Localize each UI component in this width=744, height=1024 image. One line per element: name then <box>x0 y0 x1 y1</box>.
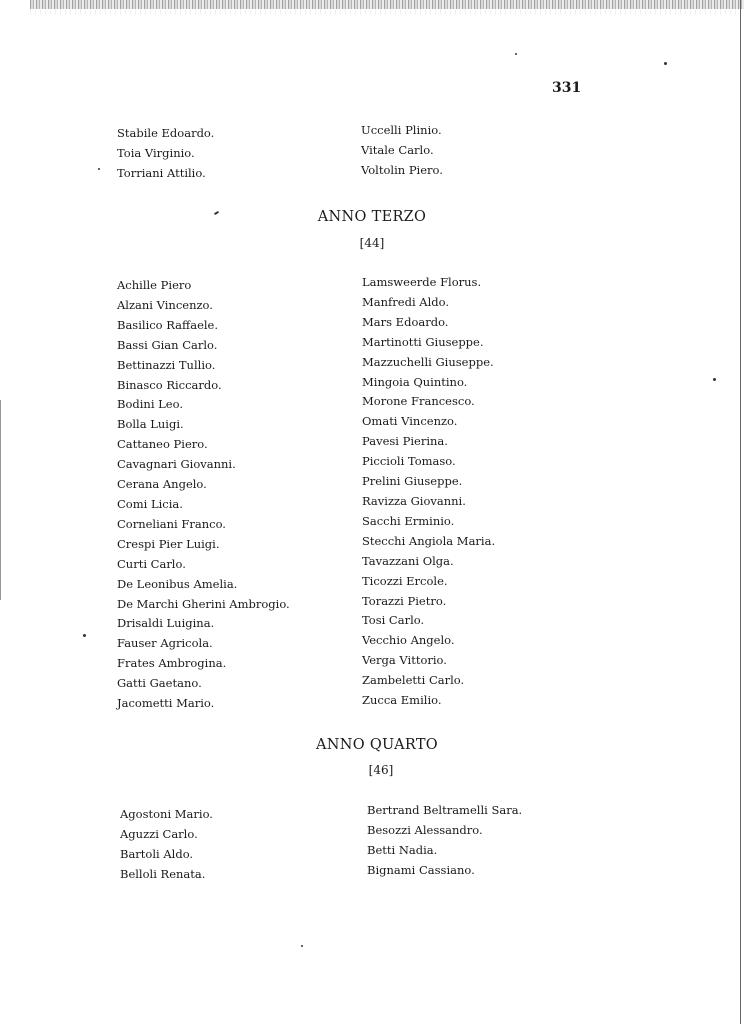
list-item: Bertrand Beltramelli Sara. <box>367 801 522 821</box>
list-item: Stecchi Angiola Maria. <box>362 532 495 552</box>
scan-speck <box>713 378 716 381</box>
section-heading-anno-terzo: ANNO TERZO <box>0 209 744 225</box>
list-item: Zambeletti Carlo. <box>362 671 495 691</box>
list-item: Zucca Emilio. <box>362 691 495 711</box>
list-item: Ravizza Giovanni. <box>362 492 495 512</box>
anno-quarto-right-column: Bertrand Beltramelli Sara. Besozzi Aless… <box>367 801 522 881</box>
list-item: Bettinazzi Tullio. <box>117 356 290 376</box>
list-item: Pavesi Pierina. <box>362 432 495 452</box>
list-item: Bartoli Aldo. <box>120 845 213 865</box>
list-item: Fauser Agricola. <box>117 634 290 654</box>
anno-terzo-right-column: Lamsweerde Florus. Manfredi Aldo. Mars E… <box>362 273 495 711</box>
list-item: Torriani Attilio. <box>117 164 214 184</box>
list-item: Manfredi Aldo. <box>362 293 495 313</box>
list-item: Tavazzani Olga. <box>362 552 495 572</box>
list-item: Cerana Angelo. <box>117 475 290 495</box>
list-item: Crespi Pier Luigi. <box>117 535 290 555</box>
page-edge-right <box>740 0 741 1024</box>
carryover-right-column: Uccelli Plinio. Vitale Carlo. Voltolin P… <box>361 121 443 181</box>
list-item: Verga Vittorio. <box>362 651 495 671</box>
list-item: Basilico Raffaele. <box>117 316 290 336</box>
scan-speck <box>664 62 667 65</box>
list-item: Mars Edoardo. <box>362 313 495 333</box>
list-item: Besozzi Alessandro. <box>367 821 522 841</box>
anno-quarto-left-column: Agostoni Mario. Aguzzi Carlo. Bartoli Al… <box>120 805 213 885</box>
anno-terzo-left-column: Achille Piero Alzani Vincenzo. Basilico … <box>117 276 290 714</box>
list-item: Bolla Luigi. <box>117 415 290 435</box>
scan-speck <box>301 945 303 947</box>
list-item: Jacometti Mario. <box>117 694 290 714</box>
list-item: Frates Ambrogina. <box>117 654 290 674</box>
list-item: Agostoni Mario. <box>120 805 213 825</box>
list-item: Betti Nadia. <box>367 841 522 861</box>
section-count-anno-terzo: [44] <box>0 236 744 250</box>
list-item: Morone Francesco. <box>362 392 495 412</box>
scan-speck <box>83 634 86 637</box>
list-item: Bodini Leo. <box>117 395 290 415</box>
list-item: Tosi Carlo. <box>362 611 495 631</box>
list-item: Corneliani Franco. <box>117 515 290 535</box>
list-item: Uccelli Plinio. <box>361 121 443 141</box>
carryover-left-column: Stabile Edoardo. Toia Virginio. Torriani… <box>117 124 214 184</box>
list-item: Bassi Gian Carlo. <box>117 336 290 356</box>
section-heading-anno-quarto: ANNO QUARTO <box>0 737 744 753</box>
list-item: Omati Vincenzo. <box>362 412 495 432</box>
list-item: Torazzi Pietro. <box>362 592 495 612</box>
section-count-anno-quarto: [46] <box>0 763 744 777</box>
list-item: Mingoia Quintino. <box>362 373 495 393</box>
list-item: Bignami Cassiano. <box>367 861 522 881</box>
list-item: Vecchio Angelo. <box>362 631 495 651</box>
list-item: Vitale Carlo. <box>361 141 443 161</box>
list-item: Ticozzi Ercole. <box>362 572 495 592</box>
list-item: Comi Licia. <box>117 495 290 515</box>
list-item: Lamsweerde Florus. <box>362 273 495 293</box>
page-edge-left <box>0 400 1 600</box>
scan-speck <box>515 53 517 55</box>
list-item: Binasco Riccardo. <box>117 376 290 396</box>
scan-noise-top <box>30 0 744 9</box>
list-item: De Marchi Gherini Ambrogio. <box>117 595 290 615</box>
list-item: Voltolin Piero. <box>361 161 443 181</box>
list-item: Curti Carlo. <box>117 555 290 575</box>
scan-speck <box>98 168 100 170</box>
list-item: Achille Piero <box>117 276 290 296</box>
list-item: Alzani Vincenzo. <box>117 296 290 316</box>
list-item: Cavagnari Giovanni. <box>117 455 290 475</box>
list-item: Piccioli Tomaso. <box>362 452 495 472</box>
list-item: Gatti Gaetano. <box>117 674 290 694</box>
list-item: Mazzuchelli Giuseppe. <box>362 353 495 373</box>
list-item: Stabile Edoardo. <box>117 124 214 144</box>
page-number: 331 <box>552 80 581 96</box>
list-item: Cattaneo Piero. <box>117 435 290 455</box>
list-item: Prelini Giuseppe. <box>362 472 495 492</box>
list-item: Sacchi Erminio. <box>362 512 495 532</box>
list-item: Aguzzi Carlo. <box>120 825 213 845</box>
list-item: Belloli Renata. <box>120 865 213 885</box>
list-item: Toia Virginio. <box>117 144 214 164</box>
list-item: Drisaldi Luigina. <box>117 614 290 634</box>
list-item: Martinotti Giuseppe. <box>362 333 495 353</box>
list-item: De Leonibus Amelia. <box>117 575 290 595</box>
